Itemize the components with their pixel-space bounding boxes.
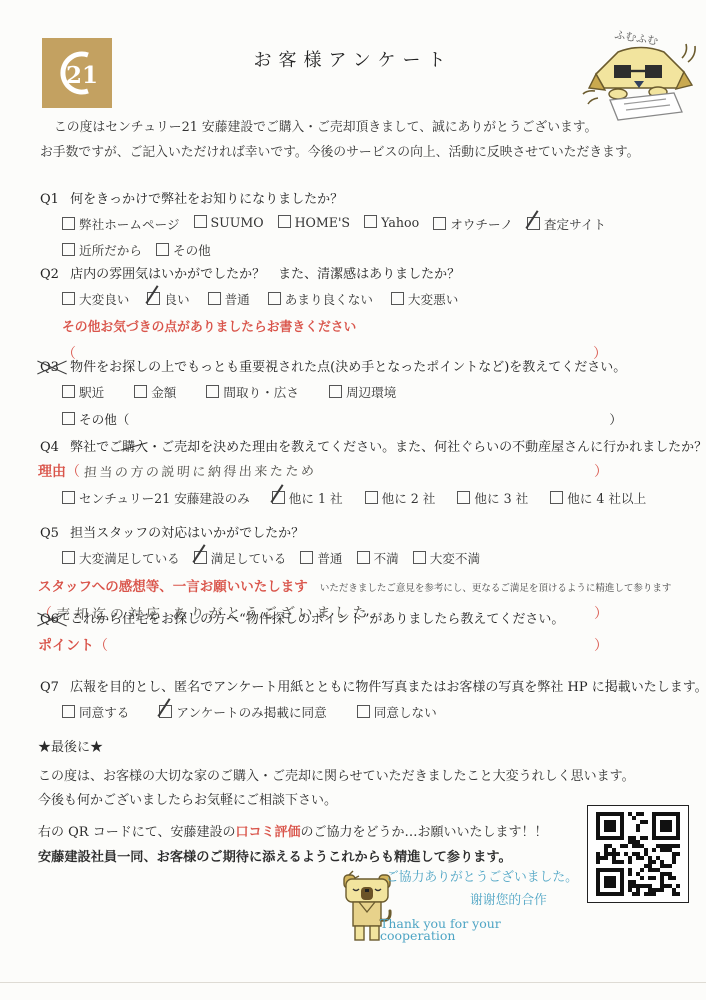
close-paren: ）	[594, 461, 608, 481]
checkbox-checked-icon[interactable]	[147, 292, 160, 305]
checkbox-checked-icon[interactable]	[194, 551, 207, 564]
q2-label: Q2	[40, 267, 66, 282]
qr-line-highlight: 口コミ評価	[235, 825, 300, 840]
checkbox[interactable]	[62, 243, 75, 256]
q5-note-row: スタッフへの感想等、一言お願いいたします いただきましたご意見を参考にし、更なる…	[38, 575, 706, 595]
dog-mascot-reading-icon: ふむふむ	[582, 22, 700, 130]
q4-label: Q4	[40, 440, 66, 455]
question-q4: Q4 弊社でご購入・ご売却を決めた理由を教えてください。また、何社ぐらいの不動産…	[0, 436, 706, 507]
option-label: Yahoo	[381, 215, 419, 230]
option-label: 普通	[317, 551, 342, 566]
option-label: 大変満足している	[79, 551, 180, 566]
checkbox[interactable]	[62, 292, 75, 305]
q4-title-part2: ・ご売却を決めた理由を教えてください。また、何社ぐらいの不動産屋さんに行かれまし…	[148, 440, 706, 455]
checkbox[interactable]	[278, 215, 291, 228]
option-label: 良い	[164, 292, 189, 307]
option-label: 不満	[374, 551, 399, 566]
checkbox-option-checked[interactable]: 良い	[147, 289, 189, 308]
qr-line-post: のご協力をどうか…お願いいたします！！	[300, 825, 547, 840]
q4-title-struck-word: 購入	[122, 440, 148, 455]
checkbox-option[interactable]: 同意しない	[357, 702, 437, 721]
checkbox[interactable]	[329, 385, 342, 398]
checkbox[interactable]	[62, 705, 75, 718]
checkbox[interactable]	[357, 551, 370, 564]
checkbox-option[interactable]: 不満	[357, 548, 399, 567]
option-label: HOME'S	[295, 215, 351, 230]
q6-answer-field[interactable]: ポイント（ ）	[38, 635, 608, 655]
checkbox[interactable]	[206, 385, 219, 398]
option-label: センチュリー21 安藤建設のみ	[79, 491, 250, 506]
closing-section: ★最後に★ この度は、お客様の大切な家のご購入・ご売却に関らせていただきましたこ…	[0, 736, 706, 814]
thanks-japanese: ご協力ありがとうございました。	[386, 872, 580, 885]
open-paren: （	[66, 464, 80, 480]
checkbox[interactable]	[391, 292, 404, 305]
qr-code	[587, 805, 689, 903]
checkbox-option[interactable]: HOME'S	[278, 214, 351, 233]
q3-title-row: Q3 物件をお探しの上でもっとも重要視された点(決め手となったポイントなど)を教…	[40, 356, 706, 375]
checkbox-option[interactable]: 近所だから	[62, 240, 142, 259]
checkbox-option-checked[interactable]: アンケートのみ掲載に同意	[159, 702, 326, 721]
checkbox-option-checked[interactable]: 査定サイト	[527, 214, 606, 233]
thanks-chinese: 谢谢您的合作	[470, 895, 580, 908]
option-label: 同意する	[79, 705, 129, 720]
option-label: 弊社ホームページ	[79, 217, 180, 232]
checkbox[interactable]	[457, 491, 470, 504]
checkbox-option[interactable]: 大変悪い	[391, 289, 458, 308]
q5-title: 担当スタッフの対応はいかがでしたか？	[70, 526, 304, 541]
option-label: 査定サイト	[544, 217, 606, 232]
q3-label-crossed-out: Q3	[40, 360, 66, 375]
checkbox-option[interactable]: Yahoo	[364, 214, 419, 233]
option-label: アンケートのみ掲載に同意	[176, 705, 326, 720]
checkbox-option[interactable]: その他	[156, 240, 211, 259]
question-q2: Q2 店内の雰囲気はいかがでしたか？ また、清潔感はありましたか？ 大変良い 良…	[0, 263, 706, 363]
q7-title-row: Q7 広報を目的とし、匿名でアンケート用紙とともに物件写真またはお客様の写真を弊…	[40, 676, 706, 695]
checkbox-option[interactable]: SUUMO	[194, 214, 264, 233]
qr-line-pre: 右の QR コードにて、安藤建設の	[38, 825, 235, 840]
question-q6: Q6 これから住宅をお探しの方へ“物件探しのポイント”がありましたら教えてくださ…	[0, 608, 706, 655]
option-label: 周辺環境	[346, 385, 396, 400]
checkbox-option[interactable]: 周辺環境	[329, 382, 396, 401]
question-q7: Q7 広報を目的とし、匿名でアンケート用紙とともに物件写真またはお客様の写真を弊…	[0, 676, 706, 721]
checkbox-option[interactable]: 他に 2 社	[365, 488, 436, 507]
checkbox-checked-icon[interactable]	[159, 705, 172, 718]
option-label: 満足している	[211, 551, 287, 566]
q4-title-part1: 弊社でご	[70, 440, 122, 455]
option-label: 他に 2 社	[382, 491, 436, 506]
intro-text: この度はセンチュリー21 安藤建設でご購入・ご売却頂きまして、誠にありがとうござ…	[0, 116, 706, 166]
checkbox-option[interactable]: 他に 4 社以上	[550, 488, 646, 507]
option-label: その他	[79, 412, 117, 427]
option-label: 大変良い	[79, 292, 129, 307]
header: 21 お客様アンケート ふむふむ	[0, 28, 706, 124]
q3-title: 物件をお探しの上でもっとも重要視された点(決め手となったポイントなど)を教えてく…	[70, 360, 626, 375]
q1-title-row: Q1 何をきっかけで弊社をお知りになりましたか？	[40, 188, 706, 207]
close-paren: ）	[609, 409, 622, 428]
qr-code-image	[596, 812, 680, 896]
thanks-block: ご協力ありがとうございました。 谢谢您的合作 Thank you for you…	[380, 872, 580, 943]
checkbox-option[interactable]: 大変良い	[62, 289, 129, 308]
intro-line-2: お手数ですが、ご記入いただければ幸いです。今後のサービスの向上、活動に反映させて…	[40, 141, 706, 166]
checkbox[interactable]	[134, 385, 147, 398]
q6-title-row: Q6 これから住宅をお探しの方へ“物件探しのポイント”がありましたら教えてくださ…	[40, 608, 706, 627]
q2-title: 店内の雰囲気はいかがでしたか？ また、清潔感はありましたか？	[70, 267, 460, 282]
checkbox[interactable]	[550, 491, 563, 504]
checkbox[interactable]	[300, 551, 313, 564]
question-q1: Q1 何をきっかけで弊社をお知りになりましたか？ 弊社ホームページ SUUMO …	[0, 188, 706, 259]
checkbox[interactable]	[364, 215, 377, 228]
intro-line-1: この度はセンチュリー21 安藤建設でご購入・ご売却頂きまして、誠にありがとうござ…	[40, 116, 706, 141]
option-label: 間取り・広さ	[223, 385, 299, 400]
option-label: その他	[173, 243, 211, 258]
option-label: 他に 3 社	[474, 491, 528, 506]
checkbox-option[interactable]: 大変満足している	[62, 548, 180, 567]
checkbox-option[interactable]: 弊社ホームページ	[62, 214, 180, 233]
option-label: 金額	[151, 385, 176, 400]
q4-options-row: センチュリー21 安藤建設のみ 他に 1 社 他に 2 社 他に 3 社 他に …	[40, 488, 706, 507]
checkbox[interactable]	[62, 217, 75, 230]
q3-other-option[interactable]: その他（	[62, 409, 129, 428]
option-label: 駅近	[79, 385, 104, 400]
q7-options-row: 同意する アンケートのみ掲載に同意 同意しない	[40, 702, 706, 721]
q7-label: Q7	[40, 680, 66, 695]
q1-title: 何をきっかけで弊社をお知りになりましたか？	[70, 192, 343, 207]
checkbox[interactable]	[194, 215, 207, 228]
checkbox[interactable]	[62, 491, 75, 504]
checkbox-option[interactable]: 同意する	[62, 702, 129, 721]
option-label: 普通	[225, 292, 250, 307]
q5-label: Q5	[40, 526, 66, 541]
checkbox[interactable]	[365, 491, 378, 504]
option-label: 他に 1 社	[289, 491, 343, 506]
q1-label: Q1	[40, 192, 66, 207]
q1-options-row2: 近所だから その他	[40, 240, 706, 259]
checkbox-option[interactable]: 普通	[300, 548, 342, 567]
option-label: 他に 4 社以上	[567, 491, 646, 506]
close-paren: ）	[594, 635, 608, 655]
q2-options-row: 大変良い 良い 普通 あまり良くない 大変悪い	[40, 289, 706, 308]
q4-reason-answer-handwritten: 担当の方の説明に納得出来たため	[84, 460, 318, 481]
option-label: オウチーノ	[450, 217, 513, 232]
open-paren: （	[117, 412, 130, 427]
checkbox-option[interactable]: 他に 3 社	[457, 488, 528, 507]
checkbox[interactable]	[413, 551, 426, 564]
q7-title: 広報を目的とし、匿名でアンケート用紙とともに物件写真またはお客様の写真を弊社 H…	[70, 680, 706, 695]
checkbox[interactable]	[268, 292, 281, 305]
checkbox-option[interactable]: 金額	[134, 382, 176, 401]
checkbox-option[interactable]: 間取り・広さ	[206, 382, 299, 401]
q4-title-row: Q4 弊社でご購入・ご売却を決めた理由を教えてください。また、何社ぐらいの不動産…	[40, 436, 706, 455]
question-q3: Q3 物件をお探しの上でもっとも重要視された点(決め手となったポイントなど)を教…	[0, 356, 706, 428]
q3-options-row: 駅近 金額 間取り・広さ 周辺環境	[40, 382, 706, 401]
option-label: 大変悪い	[408, 292, 458, 307]
checkbox-option[interactable]: あまり良くない	[268, 289, 373, 308]
checkbox-checked-icon[interactable]	[272, 491, 285, 504]
checkbox-option[interactable]: 大変不満	[413, 548, 480, 567]
checkbox[interactable]	[62, 412, 75, 425]
checkbox-option[interactable]: センチュリー21 安藤建設のみ	[62, 488, 250, 507]
q4-reason-label: 理由	[38, 464, 66, 480]
option-label: SUUMO	[211, 215, 264, 230]
q6-point-label: ポイント	[38, 638, 94, 654]
q6-title: これから住宅をお探しの方へ“物件探しのポイント”がありましたら教えてください。	[70, 612, 564, 627]
q2-title-row: Q2 店内の雰囲気はいかがでしたか？ また、清潔感はありましたか？	[40, 263, 706, 282]
q1-options-row1: 弊社ホームページ SUUMO HOME'S Yahoo オウチーノ 査定サイト	[40, 214, 706, 233]
q5-title-row: Q5 担当スタッフの対応はいかがでしたか？	[40, 522, 706, 541]
q5-small-note: いただきましたご意見を参考にし、更なるご満足を頂けるように精進して参ります	[320, 583, 672, 594]
checkbox-option[interactable]: 駅近	[62, 382, 104, 401]
option-label: 大変不満	[430, 551, 480, 566]
checkbox[interactable]	[156, 243, 169, 256]
thanks-english: Thank you for your cooperation	[380, 918, 580, 943]
q6-label-crossed-out: Q6	[40, 612, 66, 627]
scan-artifact-line	[0, 982, 706, 983]
q5-options-row: 大変満足している 満足している 普通 不満 大変不満	[40, 548, 706, 567]
checkbox[interactable]	[62, 385, 75, 398]
checkbox-option[interactable]: 普通	[208, 289, 250, 308]
checkbox-option[interactable]: オウチーノ	[433, 214, 513, 233]
open-paren: （	[94, 638, 108, 654]
survey-page: 21 お客様アンケート ふむふむ	[0, 0, 706, 1000]
closing-star-heading: ★最後に★	[38, 736, 706, 761]
option-label: 近所だから	[79, 243, 142, 258]
checkbox[interactable]	[433, 217, 446, 230]
closing-line-1: この度は、お客様の大切な家のご購入・ご売却に関らせていただきましたこと大変うれし…	[38, 765, 706, 790]
checkbox-checked-icon[interactable]	[527, 217, 540, 230]
option-label: あまり良くない	[285, 292, 373, 307]
q4-reason-row: 理由（ 担当の方の説明に納得出来たため ）	[38, 461, 608, 481]
checkbox[interactable]	[62, 551, 75, 564]
checkbox-option-checked[interactable]: 満足している	[194, 548, 287, 567]
q5-red-note: スタッフへの感想等、一言お願いいたします	[38, 579, 308, 595]
q3-other-row: その他（ ）	[40, 409, 622, 428]
checkbox-option-checked[interactable]: 他に 1 社	[272, 488, 343, 507]
checkbox[interactable]	[208, 292, 221, 305]
option-label: 同意しない	[374, 705, 437, 720]
mascot-caption: ふむふむ	[614, 28, 659, 48]
checkbox[interactable]	[357, 705, 370, 718]
q2-red-note: その他お気づきの点がありましたらお書きください	[40, 316, 706, 335]
